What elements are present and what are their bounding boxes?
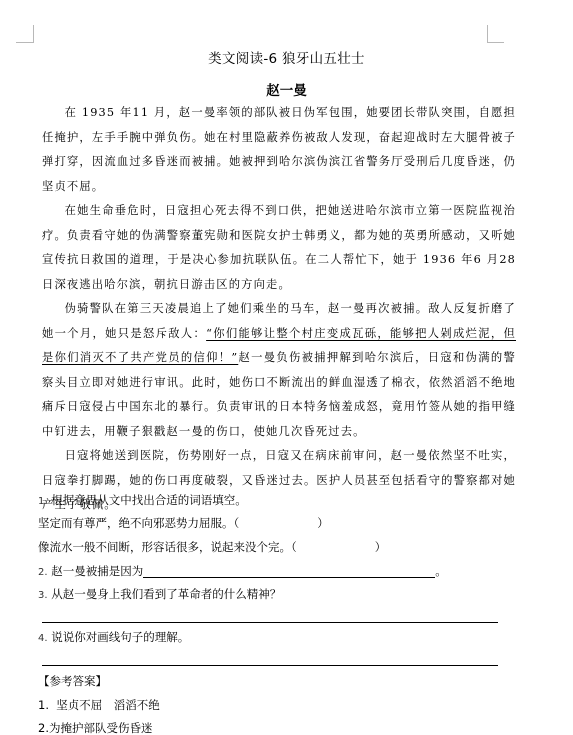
paragraph-3: 伪骑警队在第三天凌晨追上了她们乘坐的马车，赵一曼再次被捕。敌人反复折磨了她一个月…	[42, 297, 516, 444]
page-corner-mark-top-right	[487, 25, 504, 43]
paragraph-1: 在 1935 年11 月，赵一曼率领的部队被日伪军包围，她要团长带队突围，自愿担…	[42, 101, 516, 199]
page-corner-mark-top-left	[16, 25, 34, 43]
question-1a: 坚定而有尊严，绝不向邪恶势力屈服。（）	[38, 515, 329, 531]
answer-1: 1. 坚贞不屈 滔滔不绝	[38, 697, 160, 713]
answer-text: 为掩护部队受伤昏迷	[49, 721, 153, 735]
answer-line-4[interactable]	[42, 665, 498, 666]
question-1: 1. 根据意思从文中找出合适的词语填空。	[38, 492, 247, 508]
answer-text: 坚贞不屈 滔滔不绝	[56, 698, 160, 712]
question-number: 1.	[38, 496, 48, 507]
document-title: 类文阅读-6 狼牙山五壮士	[0, 47, 573, 67]
answer-number: 1.	[38, 698, 49, 712]
question-text: 坚定而有尊严，绝不向邪恶势力屈服。（	[38, 516, 239, 530]
article-body: 在 1935 年11 月，赵一曼率领的部队被日伪军包围，她要团长带队突围，自愿担…	[42, 101, 516, 518]
answer-number: 2.	[38, 721, 49, 735]
question-1b: 像流水一般不间断，形容话很多，说起来没个完。（）	[38, 539, 386, 555]
question-2: 2. 赵一曼被捕是因为。	[38, 563, 447, 579]
question-4: 4. 说说你对画线句子的理解。	[38, 629, 189, 645]
answer-2: 2.为掩护部队受伤昏迷	[38, 720, 152, 735]
article-title: 赵一曼	[0, 79, 573, 99]
question-3: 3. 从赵一曼身上我们看到了革命者的什么精神？	[38, 586, 281, 602]
paren-close: ）	[317, 516, 329, 530]
paren-close: ）	[375, 540, 387, 554]
paragraph-2: 在她生命垂危时，日寇担心死去得不到口供，把她送进哈尔滨市立第一医院监视治疗。负责…	[42, 199, 516, 297]
answer-blank-line[interactable]	[143, 565, 435, 578]
question-text: 赵一曼被捕是因为	[51, 564, 143, 578]
answer-line-3[interactable]	[42, 622, 498, 623]
question-text: 从赵一曼身上我们看到了革命者的什么精神？	[51, 587, 281, 601]
question-text: 根据意思从文中找出合适的词语填空。	[51, 493, 247, 507]
question-number: 2.	[38, 567, 48, 578]
question-number: 3.	[38, 590, 48, 601]
question-text: 像流水一般不间断，形容话很多，说起来没个完。（	[38, 540, 297, 554]
answers-heading: 【参考答案】	[38, 673, 107, 689]
question-number: 4.	[38, 633, 48, 644]
period: 。	[435, 564, 447, 578]
question-text: 说说你对画线句子的理解。	[51, 630, 189, 644]
